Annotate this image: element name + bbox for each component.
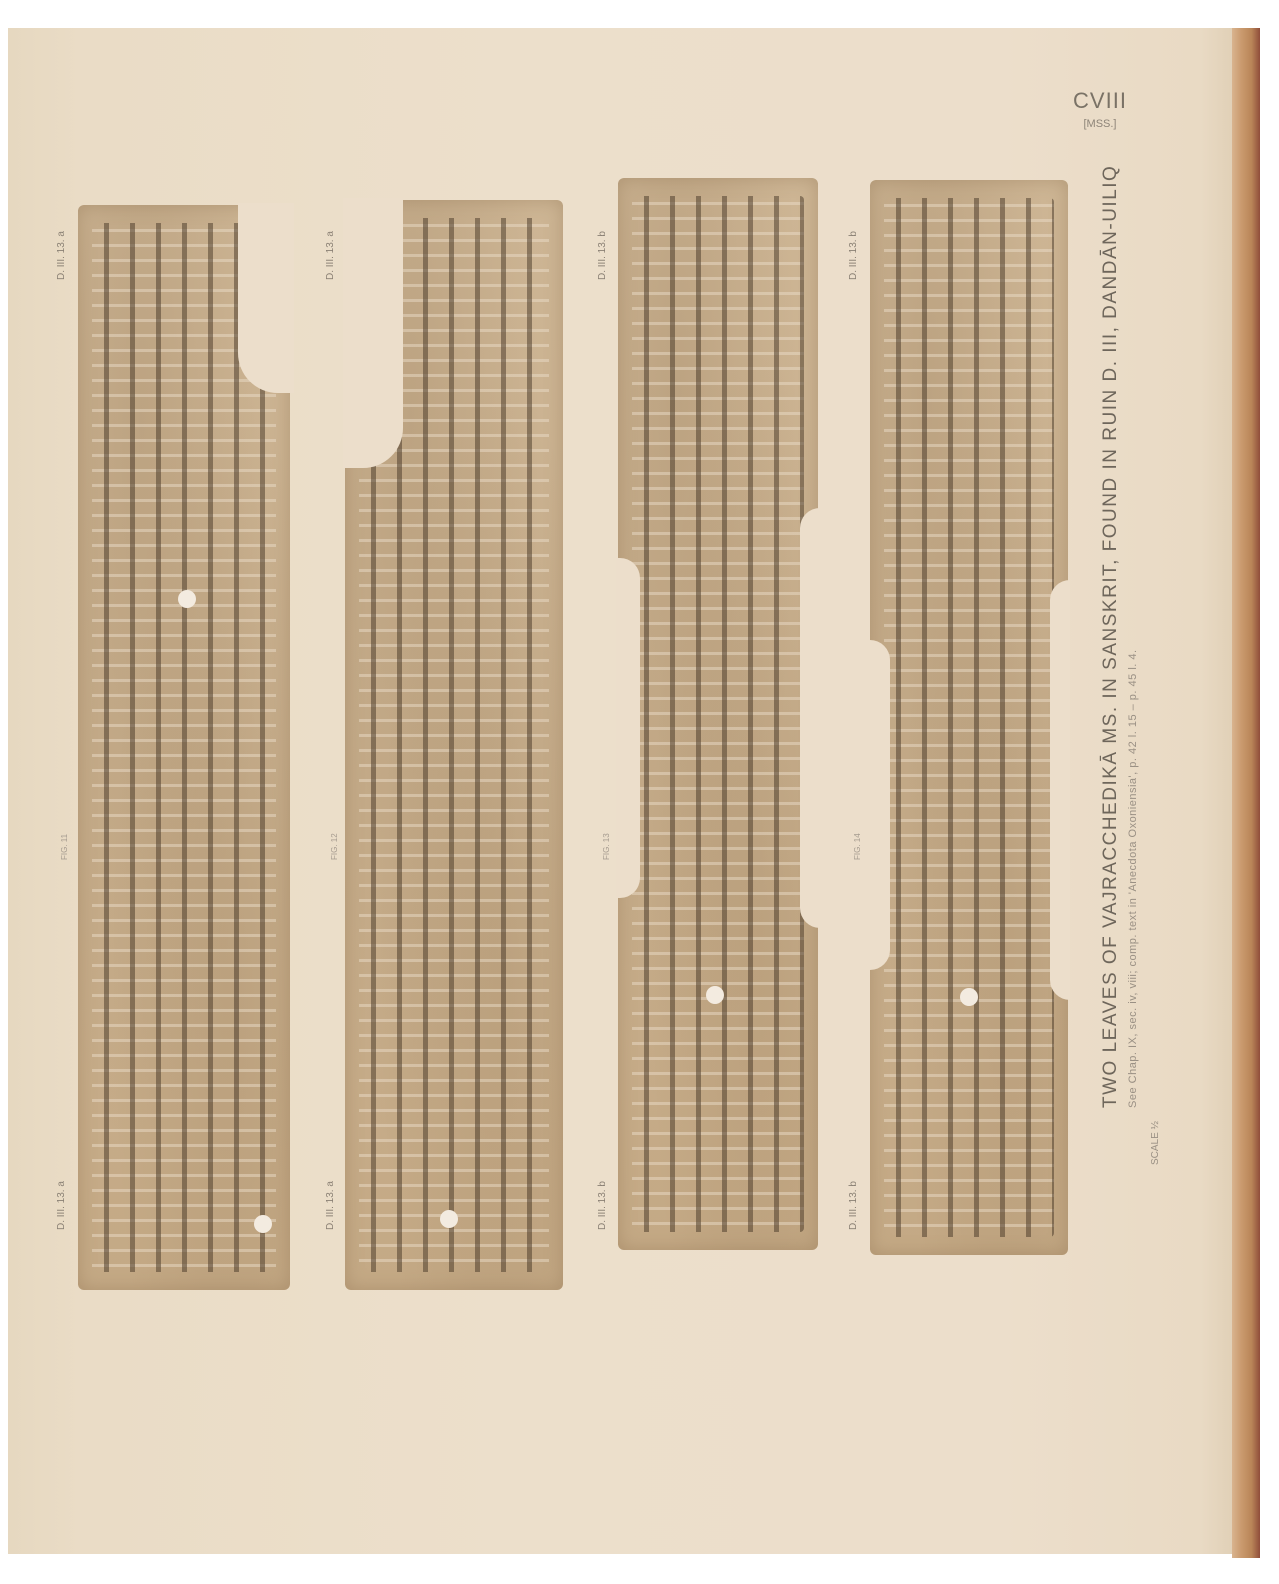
- leaf-1-label-bottom: D. III. 13. a: [56, 1181, 67, 1230]
- book-edge: [1232, 28, 1260, 1558]
- leaf-3-label-top: D. III. 13. b: [597, 231, 608, 280]
- scale-label: SCALE ½: [1150, 1121, 1161, 1165]
- manuscript-leaf-1: [78, 205, 290, 1290]
- leaf-1-fig-label: FIG. 11: [60, 834, 69, 860]
- plate-subtitle: [MSS.]: [1050, 118, 1150, 130]
- leaf-2-label-top: D. III. 13. a: [325, 231, 336, 280]
- leaf-2-label-bottom: D. III. 13. a: [325, 1181, 336, 1230]
- plate-caption-title: TWO LEAVES OF VAJRACCHEDIKĀ MS. IN SANSK…: [1100, 165, 1122, 1108]
- leaf-4-label-top: D. III. 13. b: [848, 231, 859, 280]
- manuscript-leaf-4: [870, 180, 1068, 1255]
- leaf-1-label-top: D. III. 13. a: [56, 231, 67, 280]
- manuscript-leaf-2: [345, 200, 563, 1290]
- leaf-3-fig-label: FIG. 13: [602, 833, 611, 860]
- leaf-2-fig-label: FIG. 12: [330, 833, 339, 860]
- leaf-4-fig-label: FIG. 14: [853, 833, 862, 860]
- plate-caption-subtitle: See Chap. IX, sec. iv, viii; comp. text …: [1127, 649, 1139, 1108]
- manuscript-leaf-3: [618, 178, 818, 1250]
- leaf-4-label-bottom: D. III. 13. b: [848, 1181, 859, 1230]
- leaf-3-label-bottom: D. III. 13. b: [597, 1181, 608, 1230]
- plate-number: CVIII: [1050, 88, 1150, 114]
